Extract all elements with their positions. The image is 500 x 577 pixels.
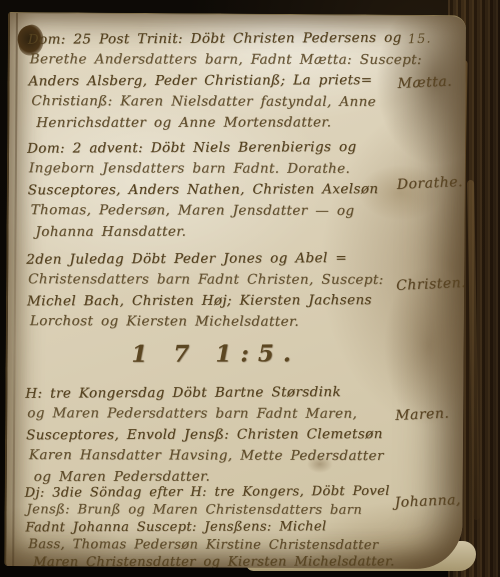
entry-line: Anders Alsberg, Peder Christianß; La pri…: [28, 70, 452, 92]
entry-line: og Maren Pedersdatters barn Fadnt Maren,: [27, 403, 451, 425]
margin-note-child-name: Mætta.: [397, 72, 466, 92]
entry-line: Karen Hansdatter Havsing, Mette Pedersda…: [29, 445, 453, 467]
entry-line: Lorchost og Kiersten Michelsdatter.: [30, 311, 454, 333]
baptism-entry-5: Dj: 3die Söndag efter H: tre Kongers, Dö…: [24, 482, 449, 569]
entry-line: Maren Christensdatter og Kiersten Michel…: [33, 553, 457, 569]
entry-line: Ingeborn Jensdatters barn Fadnt. Dorathe…: [29, 158, 453, 180]
entry-line: Fadnt Johanna Suscept: Jensßens: Michel: [25, 518, 449, 537]
entry-line: Thomas, Pedersøn, Maren Jensdatter — og: [31, 200, 455, 222]
margin-note-child-name: Christen.: [396, 274, 466, 294]
entry-line: Dom: 2 advent: Döbt Niels Berenbierigs o…: [27, 137, 451, 160]
entry-line: Michel Bach, Christen Høj; Kiersten Jach…: [27, 290, 451, 312]
entry-line: Bass, Thomas Pedersøn Kirstine Christens…: [28, 536, 452, 555]
entry-line: Johanna Hansdatter.: [35, 221, 459, 243]
margin-note-child-name: Maren.: [395, 404, 466, 424]
baptism-entry-3: 2den Juledag Döbt Peder Jones og Abel = …: [26, 247, 451, 334]
entry-line: 2den Juledag Döbt Peder Jones og Abel =: [26, 248, 450, 271]
entry-line: Berethe Andersdatters barn, Fadnt Mætta:…: [30, 49, 454, 71]
margin-note-child-name: Johanna,: [394, 491, 466, 511]
page-content: Dom: 25 Post Trinit: Döbt Christen Peder…: [6, 13, 466, 569]
baptism-entry-4: H: tre Kongersdag Döbt Bartne Størsdink …: [25, 381, 450, 489]
entry-line: Susceptores, Envold Jensß: Christen Clem…: [26, 424, 450, 446]
baptism-entry-1: Dom: 25 Post Trinit: Döbt Christen Peder…: [27, 27, 452, 135]
year-heading: 1 7 1:5.: [26, 340, 406, 373]
manuscript-page: 15. Dom: 25 Post Trinit: Döbt Christen P…: [4, 12, 466, 569]
margin-note-child-name: Dorathe.: [396, 173, 465, 193]
entry-line: Dj: 3die Söndag efter H: tre Kongers, Dö…: [25, 482, 449, 502]
entry-line: Henrichsdatter og Anne Mortensdatter.: [36, 112, 460, 134]
entry-line: Susceptores, Anders Nathen, Christen Axe…: [28, 179, 452, 201]
entry-line: Christensdatters barn Fadnt Christen, Su…: [28, 269, 452, 291]
entry-line: Christianß: Karen Nielsdatter fastyndal,…: [31, 91, 455, 113]
binding-streak: [467, 180, 480, 520]
baptism-entry-2: Dom: 2 advent: Döbt Niels Berenbierigs o…: [26, 136, 451, 244]
entry-line: Dom: 25 Post Trinit: Döbt Christen Peder…: [28, 28, 452, 51]
entry-line: Jensß: Brunß og Maren Christensdatters b…: [27, 501, 451, 519]
manuscript-photo: 15. Dom: 25 Post Trinit: Döbt Christen P…: [0, 0, 500, 577]
entry-line: H: tre Kongersdag Döbt Bartne Størsdink: [25, 382, 449, 405]
